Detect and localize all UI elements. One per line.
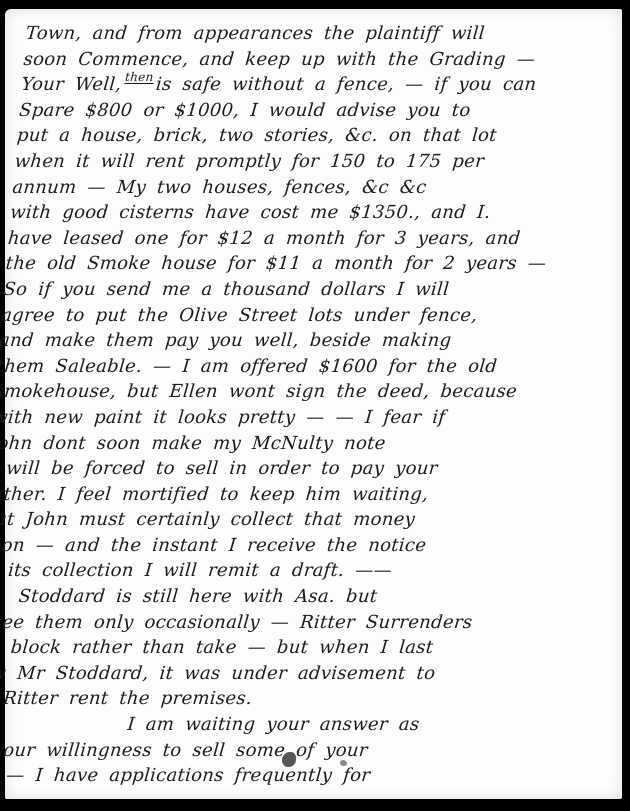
letter-line: annum — My two houses, fences, &c &c [11, 175, 598, 201]
letter-line: and make them pay you well, beside makin… [0, 328, 585, 354]
line-text: is safe without a fence, — if you can [155, 74, 537, 95]
letter-line: Your Well,thenis safe without a fence, —… [20, 72, 607, 98]
letter-line: I see them only occasionally — Ritter Su… [0, 610, 560, 636]
letter-line: Spare $800 or $1000, I would advise you … [18, 98, 605, 124]
letter-line: soon Commence, and keep up with the Grad… [23, 47, 610, 73]
letter-line: Stoddard is still here with Asa. but [0, 584, 563, 610]
ink-blot [340, 760, 347, 766]
letter-line: put a house, brick, two stories, &c. on … [16, 123, 603, 149]
letter-line: when it will rent promptly for 150 to 17… [14, 149, 601, 175]
letter-line: with new paint it looks pretty — — I fea… [0, 405, 578, 431]
letter-page: Town, and from appearances the plaintiff… [5, 9, 622, 799]
letter-body: Town, and from appearances the plaintiff… [0, 21, 612, 789]
letter-line: let Ritter rent the premises. [0, 686, 554, 712]
ink-blot [282, 752, 296, 767]
letter-line: soon — and the instant I receive the not… [0, 533, 567, 559]
letter-line: agree to put the Olive Street lots under… [0, 303, 587, 329]
letter-line: father. I feel mortified to keep him wai… [0, 482, 572, 508]
letter-line: I will be forced to sell in order to pay… [0, 456, 574, 482]
letter-line: with good cisterns have cost me $1350., … [9, 200, 596, 226]
letter-line: John dont soon make my McNulty note [0, 431, 576, 457]
letter-line: them Saleable. — I am offered $1600 for … [0, 354, 583, 380]
letter-line: have leased one for $12 a month for 3 ye… [7, 226, 594, 252]
letter-line: So if you send me a thousand dollars I w… [2, 277, 589, 303]
letter-line: smokehouse, but Ellen wont sign the deed… [0, 379, 581, 405]
letter-line: the old Smoke house for $11 a month for … [5, 251, 592, 277]
letter-line: saw Mr Stoddard, it was under advisement… [0, 661, 556, 687]
letter-line: lots — I have applications frequently fo… [0, 763, 547, 789]
letter-line: his block rather than take — but when I … [0, 635, 558, 661]
letter-line: but John must certainly collect that mon… [0, 507, 569, 533]
letter-line: of its collection I will remit a draft. … [0, 558, 565, 584]
letter-line: Town, and from appearances the plaintiff… [25, 21, 612, 47]
letter-line: to your willingness to sell some of your [0, 738, 549, 764]
letter-line: I am waiting your answer as [0, 712, 552, 738]
scan-border: Town, and from appearances the plaintiff… [0, 0, 630, 811]
line-text: Your Well, [21, 74, 123, 95]
inserted-word-above-line: then [124, 71, 154, 84]
